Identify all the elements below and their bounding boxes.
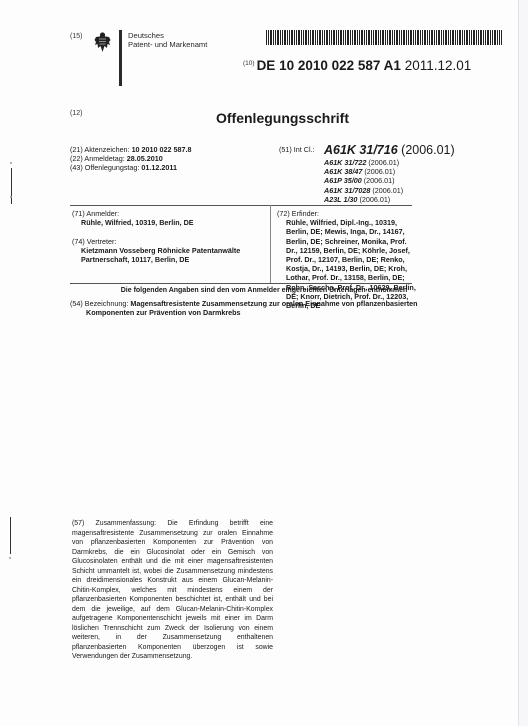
scan-mark-line — [10, 517, 11, 554]
filing-date-row: (22) Anmeldetag: 28.05.2010 — [70, 154, 192, 163]
inid-71: (71) — [72, 209, 85, 218]
title-line-1: Magensaftresistente Zusammensetzung zur … — [130, 299, 417, 308]
ipc-main-classification: A61K 31/716 (2006.01) — [324, 143, 455, 157]
file-number-value: 10 2010 022 587.8 — [132, 145, 192, 154]
inventors-block: (72) Erfinder: Rühle, Wilfried, Dipl.-In… — [277, 209, 417, 310]
abstract-text: Die Erfindung betrifft eine magensaftres… — [72, 520, 273, 660]
representative-label: Vertreter: — [87, 237, 117, 246]
ipc-code: A61P 35/00 — [324, 176, 362, 185]
inid-43: (43) — [70, 163, 83, 172]
publication-number-line: (10)DE 10 2010 022 587 A1 2011.12.01 — [243, 58, 471, 73]
ipc-version: (2006.01) — [364, 167, 395, 176]
ipc-code: A61K 31/7028 — [324, 186, 370, 195]
logo-divider-bar — [119, 30, 122, 86]
inid-code-10: (10) — [243, 60, 255, 67]
filing-date-value: 28.05.2010 — [127, 154, 163, 163]
ipc-main-code: A61K 31/716 — [324, 143, 398, 157]
applicant-value: Rühle, Wilfried, 10319, Berlin, DE — [72, 218, 194, 227]
federal-eagle-icon — [94, 31, 111, 53]
inid-code-12: (12) — [70, 110, 82, 117]
file-number-row: (21) Aktenzeichen: 10 2010 022 587.8 — [70, 145, 192, 154]
scan-mark-dot — [10, 162, 12, 164]
publication-date: 2011.12.01 — [405, 58, 472, 73]
inid-22: (22) — [70, 154, 83, 163]
ipc-main-version: (2006.01) — [401, 143, 455, 157]
title-label: Bezeichnung: — [85, 299, 129, 308]
inid-code-15: (15) — [70, 33, 82, 40]
applicant-data-notice: Die folgenden Angaben sind den vom Anmel… — [0, 287, 528, 294]
file-number-label: Aktenzeichen: — [84, 145, 129, 154]
scan-mark-dot — [9, 557, 11, 559]
inventors-label: Erfinder: — [292, 209, 319, 218]
title-line-2: Komponenten zur Prävention von Darmkrebs — [70, 308, 430, 317]
publication-date-value: 01.12.2011 — [141, 163, 177, 172]
inid-21: (21) — [70, 145, 83, 154]
ipc-label: Int Cl.: — [294, 145, 315, 154]
ipc-code: A61K 38/47 — [324, 167, 362, 176]
ipc-item: A61P 35/00 (2006.01) — [324, 176, 403, 185]
patent-page: (15) Deutsches Patent- und Markenamt (10… — [0, 0, 519, 726]
ipc-secondary-list: A61K 31/722 (2006.01) A61K 38/47 (2006.0… — [324, 158, 403, 204]
filing-date-label: Anmeldetag: — [84, 154, 124, 163]
publication-number: DE 10 2010 022 587 A1 — [257, 58, 401, 73]
publication-date-label: Offenlegungstag: — [85, 163, 140, 172]
column-divider — [270, 205, 271, 283]
office-line-1: Deutsches — [128, 31, 207, 40]
inid-74: (74) — [72, 237, 85, 246]
ipc-item: A61K 31/7028 (2006.01) — [324, 186, 403, 195]
inid-54: (54) — [70, 299, 83, 308]
barcode — [266, 30, 502, 45]
representative-line-1: Kietzmann Vosseberg Röhnicke Patentanwäl… — [72, 246, 240, 255]
inid-57: (57) — [72, 520, 84, 527]
ipc-code: A23L 1/30 — [324, 195, 357, 204]
representative-block: (74) Vertreter: Kietzmann Vosseberg Röhn… — [72, 237, 240, 265]
scan-mark-line — [11, 168, 12, 204]
abstract-block: (57) Zusammenfassung: Die Erfindung betr… — [72, 519, 273, 662]
ipc-version: (2006.01) — [359, 195, 390, 204]
ipc-item: A23L 1/30 (2006.01) — [324, 195, 403, 204]
applicant-block: (71) Anmelder: Rühle, Wilfried, 10319, B… — [72, 209, 194, 227]
ipc-item: A61K 38/47 (2006.01) — [324, 167, 403, 176]
inventors-value: Rühle, Wilfried, Dipl.-Ing., 10319, Berl… — [277, 218, 417, 310]
ipc-version: (2006.01) — [368, 158, 399, 167]
representative-line-2: Partnerschaft, 10117, Berlin, DE — [72, 255, 240, 264]
publication-date-row: (43) Offenlegungstag: 01.12.2011 — [70, 163, 192, 172]
ipc-version: (2006.01) — [372, 186, 403, 195]
document-type-title: Offenlegungsschrift — [216, 110, 349, 126]
divider-top — [70, 205, 412, 206]
ipc-code: A61K 31/722 — [324, 158, 366, 167]
inid-51: (51) — [279, 145, 292, 154]
inid-72: (72) — [277, 209, 290, 218]
ipc-item: A61K 31/722 (2006.01) — [324, 158, 403, 167]
invention-title-block: (54) Bezeichnung: Magensaftresistente Zu… — [70, 299, 430, 317]
office-line-2: Patent- und Markenamt — [128, 40, 207, 49]
ipc-version: (2006.01) — [364, 176, 395, 185]
ipc-label-row: (51) Int Cl.: — [279, 145, 315, 154]
applicant-label: Anmelder: — [86, 209, 119, 218]
abstract-label: Zusammenfassung: — [96, 520, 157, 527]
patent-office-name: Deutsches Patent- und Markenamt — [128, 31, 207, 50]
application-data: (21) Aktenzeichen: 10 2010 022 587.8 (22… — [70, 145, 192, 173]
scan-mark-dot — [10, 196, 12, 198]
